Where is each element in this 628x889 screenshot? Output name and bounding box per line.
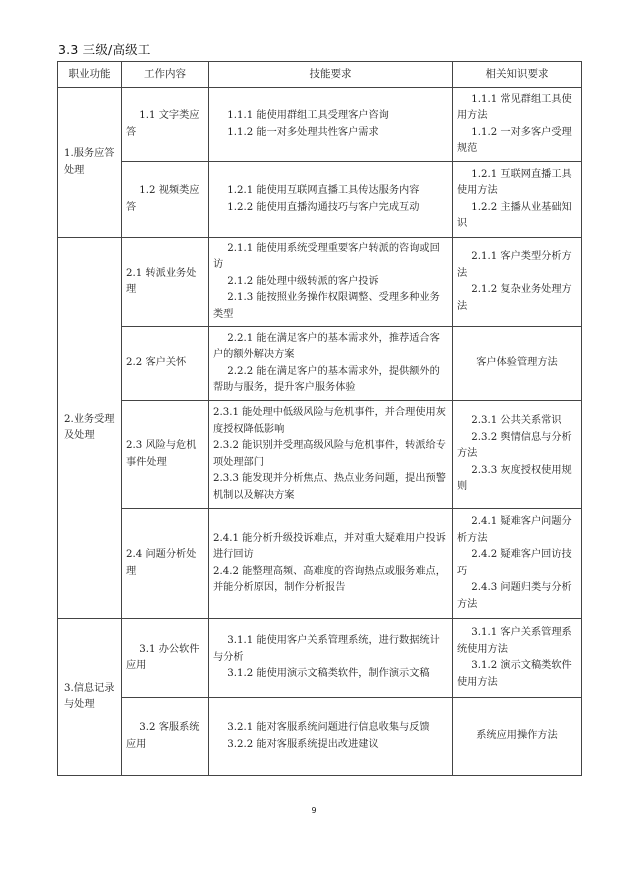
skill-cell: 2.4.1 能分析升级投诉难点，并对重大疑难用户投诉进行回访 2.4.2 能整理…	[209, 509, 453, 619]
document-page: 3.3 三级/高级工 职业功能 工作内容 技能要求 相关知识要求 1.服务应答处…	[0, 0, 628, 889]
knowledge-cell: 3.1.1 客户关系管理系统使用方法 3.1.2 演示文稿类软件使用方法	[453, 619, 582, 698]
content-cell: 1.1 文字类应答	[122, 88, 209, 162]
content-cell: 1.2 视频类应答	[122, 162, 209, 238]
content-text: 1.2 视频类应答	[126, 185, 199, 213]
section-title: 3.3 三级/高级工	[58, 40, 151, 58]
content-cell: 2.3 风险与危机事件处理	[122, 401, 209, 509]
knowledge-cell: 2.3.1 公共关系常识 2.3.2 舆情信息与分析方法 2.3.3 灰度授权使…	[453, 401, 582, 509]
skill-cell: 2.3.1 能处理中低级风险与危机事件，并合理使用灰度授权降低影响 2.3.2 …	[209, 401, 453, 509]
skill-cell: 1.2.1 能使用互联网直播工具传达服务内容 1.2.2 能使用直播沟通技巧与客…	[209, 162, 453, 238]
knowledge-item: 2.3.3 灰度授权使用规则	[457, 463, 577, 496]
skill-cell: 2.1.1 能使用系统受理重要客户转派的咨询或回访 2.1.2 能处理中级转派的…	[209, 238, 453, 327]
skill-item: 2.1.3 能按照业务操作权限调整、受理多种业务类型	[213, 290, 448, 323]
content-text: 1.1 文字类应答	[126, 110, 199, 138]
knowledge-item: 1.1.1 常见群组工具使用方法	[457, 92, 577, 125]
knowledge-item: 2.1.2 复杂业务处理方法	[457, 282, 577, 315]
knowledge-cell: 2.1.1 客户类型分析方法 2.1.2 复杂业务处理方法	[453, 238, 582, 327]
table-row: 2.业务受理及处理 2.1 转派业务处理 2.1.1 能使用系统受理重要客户转派…	[58, 238, 582, 327]
knowledge-item: 3.1.2 演示文稿类软件使用方法	[457, 658, 577, 691]
knowledge-cell: 系统应用操作方法	[453, 698, 582, 776]
skill-item: 1.1.2 能一对多处理共性客户需求	[213, 125, 448, 142]
skill-item: 2.4.2 能整理高频、高难度的咨询热点或服务难点，并能分析原因，制作分析报告	[213, 564, 448, 597]
knowledge-item: 1.1.2 一对多客户受理规范	[457, 125, 577, 158]
skill-item: 2.1.2 能处理中级转派的客户投诉	[213, 274, 448, 291]
table-row: 2.4 问题分析处理 2.4.1 能分析升级投诉难点，并对重大疑难用户投诉进行回…	[58, 509, 582, 619]
table-row: 1.2 视频类应答 1.2.1 能使用互联网直播工具传达服务内容 1.2.2 能…	[58, 162, 582, 238]
knowledge-item: 2.3.2 舆情信息与分析方法	[457, 430, 577, 463]
knowledge-item: 2.3.1 公共关系常识	[457, 413, 577, 430]
skill-cell: 2.2.1 能在满足客户的基本需求外，推荐适合客户的额外解决方案 2.2.2 能…	[209, 327, 453, 401]
skill-item: 2.3.3 能发现并分析焦点、热点业务问题，提出预警机制以及解决方案	[213, 471, 448, 504]
content-text: 3.2 客服系统应用	[126, 722, 199, 750]
content-cell: 2.2 客户关怀	[122, 327, 209, 401]
header-function: 职业功能	[58, 62, 122, 88]
skill-item: 2.4.1 能分析升级投诉难点，并对重大疑难用户投诉进行回访	[213, 531, 448, 564]
skill-item: 3.2.2 能对客服系统提出改进建议	[213, 737, 448, 754]
skill-item: 1.1.1 能使用群组工具受理客户咨询	[213, 108, 448, 125]
table-row: 2.2 客户关怀 2.2.1 能在满足客户的基本需求外，推荐适合客户的额外解决方…	[58, 327, 582, 401]
header-content: 工作内容	[122, 62, 209, 88]
header-skills: 技能要求	[209, 62, 453, 88]
table-row: 2.3 风险与危机事件处理 2.3.1 能处理中低级风险与危机事件，并合理使用灰…	[58, 401, 582, 509]
knowledge-cell: 2.4.1 疑难客户问题分析方法 2.4.2 疑难客户回访技巧 2.4.3 问题…	[453, 509, 582, 619]
knowledge-item: 系统应用操作方法	[457, 728, 577, 745]
knowledge-item: 2.1.1 客户类型分析方法	[457, 249, 577, 282]
table-row: 1.服务应答处理 1.1 文字类应答 1.1.1 能使用群组工具受理客户咨询 1…	[58, 88, 582, 162]
content-text: 3.1 办公软件应用	[126, 644, 199, 672]
skill-item: 2.2.2 能在满足客户的基本需求外，提供额外的帮助与服务，提升客户服务体验	[213, 364, 448, 397]
knowledge-item: 2.4.1 疑难客户问题分析方法	[457, 514, 577, 547]
header-knowledge: 相关知识要求	[453, 62, 582, 88]
skill-item: 1.2.2 能使用直播沟通技巧与客户完成互动	[213, 200, 448, 217]
skill-item: 3.1.1 能使用客户关系管理系统，进行数据统计与分析	[213, 633, 448, 666]
content-cell: 3.2 客服系统应用	[122, 698, 209, 776]
knowledge-cell: 客户体验管理方法	[453, 327, 582, 401]
table-header-row: 职业功能 工作内容 技能要求 相关知识要求	[58, 62, 582, 88]
content-cell: 2.4 问题分析处理	[122, 509, 209, 619]
skill-item: 3.1.2 能使用演示文稿类软件，制作演示文稿	[213, 666, 448, 683]
table-row: 3.2 客服系统应用 3.2.1 能对客服系统问题进行信息收集与反馈 3.2.2…	[58, 698, 582, 776]
knowledge-item: 1.2.2 主播从业基础知识	[457, 200, 577, 233]
knowledge-cell: 1.1.1 常见群组工具使用方法 1.1.2 一对多客户受理规范	[453, 88, 582, 162]
skill-cell: 3.2.1 能对客服系统问题进行信息收集与反馈 3.2.2 能对客服系统提出改进…	[209, 698, 453, 776]
function-cell: 1.服务应答处理	[58, 88, 122, 238]
skill-item: 2.3.2 能识别并受理高级风险与危机事件，转派给专项处理部门	[213, 438, 448, 471]
knowledge-item: 客户体验管理方法	[457, 355, 577, 372]
table-row: 3.信息记录与处理 3.1 办公软件应用 3.1.1 能使用客户关系管理系统，进…	[58, 619, 582, 698]
skill-cell: 3.1.1 能使用客户关系管理系统，进行数据统计与分析 3.1.2 能使用演示文…	[209, 619, 453, 698]
skill-item: 3.2.1 能对客服系统问题进行信息收集与反馈	[213, 720, 448, 737]
skill-item: 2.3.1 能处理中低级风险与危机事件，并合理使用灰度授权降低影响	[213, 405, 448, 438]
content-cell: 2.1 转派业务处理	[122, 238, 209, 327]
page-number: 9	[0, 806, 628, 815]
skill-cell: 1.1.1 能使用群组工具受理客户咨询 1.1.2 能一对多处理共性客户需求	[209, 88, 453, 162]
function-cell: 3.信息记录与处理	[58, 619, 122, 776]
skills-table: 职业功能 工作内容 技能要求 相关知识要求 1.服务应答处理 1.1 文字类应答…	[57, 61, 582, 776]
skill-item: 2.1.1 能使用系统受理重要客户转派的咨询或回访	[213, 241, 448, 274]
knowledge-cell: 1.2.1 互联网直播工具使用方法 1.2.2 主播从业基础知识	[453, 162, 582, 238]
function-cell: 2.业务受理及处理	[58, 238, 122, 619]
knowledge-item: 2.4.2 疑难客户回访技巧	[457, 547, 577, 580]
skill-item: 1.2.1 能使用互联网直播工具传达服务内容	[213, 183, 448, 200]
knowledge-item: 1.2.1 互联网直播工具使用方法	[457, 167, 577, 200]
knowledge-item: 3.1.1 客户关系管理系统使用方法	[457, 625, 577, 658]
knowledge-item: 2.4.3 问题归类与分析方法	[457, 580, 577, 613]
content-cell: 3.1 办公软件应用	[122, 619, 209, 698]
skill-item: 2.2.1 能在满足客户的基本需求外，推荐适合客户的额外解决方案	[213, 331, 448, 364]
